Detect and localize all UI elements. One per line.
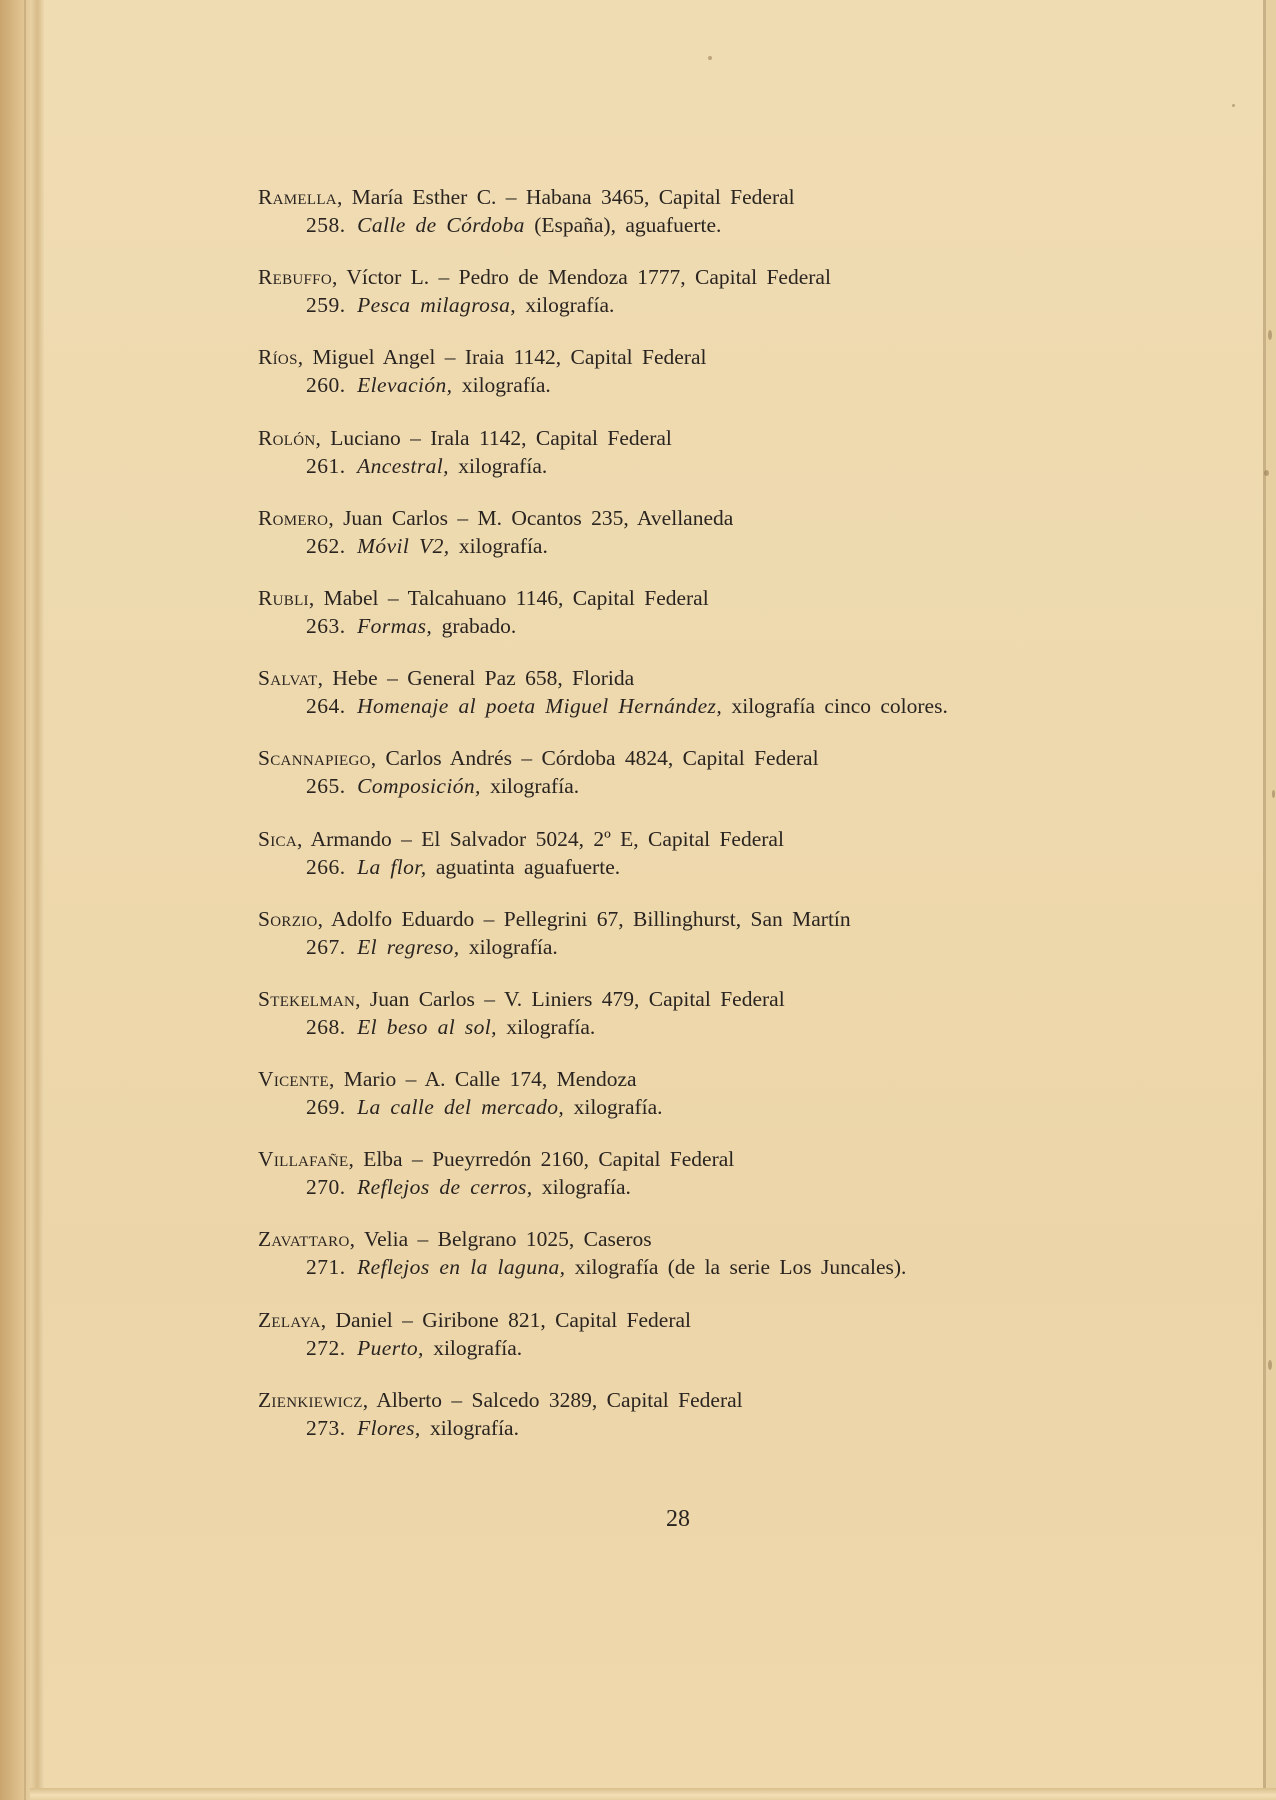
em-dash: –	[393, 1308, 423, 1332]
artist-line: Sica, Armando – El Salvador 5024, 2º E, …	[258, 826, 784, 852]
paper-speck	[708, 56, 712, 60]
artwork-line: 267.El regreso, xilografía.	[306, 934, 558, 960]
number-period: .	[340, 1175, 345, 1199]
artist-surname: Villafañe	[258, 1147, 348, 1171]
catalog-entry: Sica, Armando – El Salvador 5024, 2º E, …	[258, 818, 1118, 898]
em-dash: –	[448, 506, 478, 530]
artwork-title: Puerto,	[357, 1336, 424, 1360]
artist-surname: Rolón	[258, 426, 316, 450]
catalog-number: 270	[306, 1175, 340, 1199]
artwork-technique: xilografía.	[516, 293, 614, 317]
comma: ,	[363, 1388, 377, 1412]
comma: ,	[309, 586, 324, 610]
artist-address: Habana 3465, Capital Federal	[526, 185, 795, 209]
artwork-line: 261.Ancestral, xilografía.	[306, 453, 547, 479]
number-period: .	[340, 1095, 345, 1119]
paper-speck	[1232, 104, 1235, 107]
em-dash: –	[396, 1067, 424, 1091]
comma: ,	[332, 265, 346, 289]
comma: ,	[316, 426, 331, 450]
artist-line: Scannapiego, Carlos Andrés – Córdoba 482…	[258, 745, 819, 771]
number-period: .	[340, 614, 345, 638]
catalog-entry: Rolón, Luciano – Irala 1142, Capital Fed…	[258, 417, 1118, 497]
artwork-line: 272.Puerto, xilografía.	[306, 1335, 522, 1361]
artwork-technique: xilografía cinco colores.	[722, 694, 948, 718]
catalog-entry: Zienkiewicz, Alberto – Salcedo 3289, Cap…	[258, 1379, 1118, 1459]
artist-line: Zienkiewicz, Alberto – Salcedo 3289, Cap…	[258, 1387, 743, 1413]
catalog-entry: Vicente, Mario – A. Calle 174, Mendoza26…	[258, 1058, 1118, 1138]
catalog-number: 267	[306, 935, 340, 959]
artist-surname: Rebuffo	[258, 265, 332, 289]
artwork-line: 273.Flores, xilografía.	[306, 1415, 519, 1441]
artist-surname: Zavattaro	[258, 1227, 350, 1251]
artist-surname: Ríos	[258, 345, 298, 369]
artwork-title: Ancestral,	[357, 454, 449, 478]
em-dash: –	[435, 345, 465, 369]
artist-given-name: Víctor L.	[346, 265, 429, 289]
artwork-technique: xilografía.	[533, 1175, 631, 1199]
comma: ,	[355, 987, 370, 1011]
artist-address: A. Calle 174, Mendoza	[425, 1067, 637, 1091]
artist-address: Irala 1142, Capital Federal	[430, 426, 672, 450]
em-dash: –	[512, 746, 542, 770]
artwork-title: El beso al sol,	[357, 1015, 497, 1039]
page-right-edge	[1263, 0, 1266, 1800]
artwork-title: Formas,	[357, 614, 432, 638]
comma: ,	[318, 907, 332, 931]
paper-speck	[1264, 470, 1269, 476]
artist-given-name: Daniel	[335, 1308, 392, 1332]
paper-speck	[1268, 330, 1272, 340]
artist-given-name: Mabel	[324, 586, 379, 610]
catalog-number: 263	[306, 614, 340, 638]
comma: ,	[321, 1308, 336, 1332]
artist-line: Zelaya, Daniel – Giribone 821, Capital F…	[258, 1307, 691, 1333]
catalog-number: 268	[306, 1015, 340, 1039]
artist-address: General Paz 658, Florida	[407, 666, 634, 690]
artwork-line: 258.Calle de Córdoba (España), aguafuert…	[306, 212, 721, 238]
artwork-technique: xilografía.	[450, 534, 548, 558]
artwork-title: La calle del mercado,	[357, 1095, 564, 1119]
artist-line: Stekelman, Juan Carlos – V. Liniers 479,…	[258, 986, 785, 1012]
comma: ,	[329, 1067, 344, 1091]
comma: ,	[297, 827, 311, 851]
artist-address: Giribone 821, Capital Federal	[422, 1308, 691, 1332]
artwork-technique: xilografía.	[497, 1015, 595, 1039]
catalog-entry: Stekelman, Juan Carlos – V. Liniers 479,…	[258, 978, 1118, 1058]
catalog-number: 258	[306, 213, 340, 237]
catalog-entry: Rebuffo, Víctor L. – Pedro de Mendoza 17…	[258, 256, 1118, 336]
artist-line: Rubli, Mabel – Talcahuano 1146, Capital …	[258, 585, 709, 611]
artwork-title: Composición,	[357, 774, 481, 798]
number-period: .	[340, 1336, 345, 1360]
artwork-technique: xilografía (de la serie Los Juncales).	[565, 1255, 906, 1279]
catalog-number: 265	[306, 774, 340, 798]
artwork-technique: xilografía.	[564, 1095, 662, 1119]
em-dash: –	[403, 1147, 433, 1171]
artist-address: Pellegrini 67, Billinghurst, San Martín	[504, 907, 851, 931]
artwork-title: Reflejos en la laguna,	[357, 1255, 565, 1279]
artwork-technique: xilografía.	[452, 373, 550, 397]
artwork-title: Homenaje al poeta Miguel Hernández,	[357, 694, 722, 718]
artist-given-name: Juan Carlos	[343, 506, 448, 530]
number-period: .	[340, 373, 345, 397]
artist-address: Córdoba 4824, Capital Federal	[541, 746, 818, 770]
artwork-title: Móvil V2,	[357, 534, 449, 558]
catalog-number: 266	[306, 855, 340, 879]
artist-surname: Salvat	[258, 666, 318, 690]
artist-address: Pedro de Mendoza 1777, Capital Federal	[459, 265, 831, 289]
em-dash: –	[496, 185, 526, 209]
comma: ,	[371, 746, 386, 770]
artist-line: Rolón, Luciano – Irala 1142, Capital Fed…	[258, 425, 672, 451]
artwork-title: Calle de Córdoba	[357, 213, 525, 237]
artist-given-name: Hebe	[332, 666, 377, 690]
catalog-entry: Salvat, Hebe – General Paz 658, Florida2…	[258, 657, 1118, 737]
artist-surname: Rubli	[258, 586, 309, 610]
catalog-number: 264	[306, 694, 340, 718]
artist-address: Salcedo 3289, Capital Federal	[472, 1388, 743, 1412]
number-period: .	[340, 935, 345, 959]
artist-surname: Zelaya	[258, 1308, 321, 1332]
artwork-technique: xilografía.	[421, 1416, 519, 1440]
artwork-title: El regreso,	[357, 935, 459, 959]
em-dash: –	[442, 1388, 472, 1412]
catalog-entry: Rubli, Mabel – Talcahuano 1146, Capital …	[258, 577, 1118, 657]
comma: ,	[318, 666, 333, 690]
artist-line: Villafañe, Elba – Pueyrredón 2160, Capit…	[258, 1146, 734, 1172]
em-dash: –	[379, 586, 408, 610]
artist-given-name: María Esther C.	[352, 185, 497, 209]
artist-given-name: Juan Carlos	[370, 987, 475, 1011]
paper-speck	[1268, 1360, 1272, 1370]
artist-given-name: Velia	[364, 1227, 408, 1251]
artwork-technique: xilografía.	[459, 935, 557, 959]
artwork-technique: xilografía.	[424, 1336, 522, 1360]
artist-given-name: Elba	[363, 1147, 402, 1171]
artist-given-name: Miguel Angel	[312, 345, 435, 369]
catalog-entry: Ramella, María Esther C. – Habana 3465, …	[258, 176, 1118, 256]
artist-surname: Sorzio	[258, 907, 318, 931]
artist-address: Belgrano 1025, Caseros	[438, 1227, 652, 1251]
number-period: .	[340, 454, 345, 478]
artwork-line: 271.Reflejos en la laguna, xilografía (d…	[306, 1254, 906, 1280]
artist-line: Ramella, María Esther C. – Habana 3465, …	[258, 184, 795, 210]
em-dash: –	[475, 987, 504, 1011]
artist-line: Ríos, Miguel Angel – Iraia 1142, Capital…	[258, 344, 706, 370]
artist-address: V. Liniers 479, Capital Federal	[504, 987, 785, 1011]
artwork-line: 263.Formas, grabado.	[306, 613, 516, 639]
binding-fold-line	[24, 0, 26, 1800]
artist-surname: Ramella	[258, 185, 337, 209]
artist-given-name: Armando	[311, 827, 392, 851]
number-period: .	[340, 694, 345, 718]
em-dash: –	[401, 426, 431, 450]
number-period: .	[340, 534, 345, 558]
artwork-line: 262.Móvil V2, xilografía.	[306, 533, 548, 559]
artist-line: Vicente, Mario – A. Calle 174, Mendoza	[258, 1066, 637, 1092]
artwork-line: 269.La calle del mercado, xilografía.	[306, 1094, 663, 1120]
catalog-number: 269	[306, 1095, 340, 1119]
em-dash: –	[474, 907, 504, 931]
artist-line: Romero, Juan Carlos – M. Ocantos 235, Av…	[258, 505, 733, 531]
book-binding-edge	[0, 0, 44, 1800]
artwork-line: 259.Pesca milagrosa, xilografía.	[306, 292, 614, 318]
artwork-line: 268.El beso al sol, xilografía.	[306, 1014, 595, 1040]
page-number: 28	[666, 1506, 690, 1533]
artwork-line: 260.Elevación, xilografía.	[306, 372, 551, 398]
artwork-technique: aguatinta aguafuerte.	[426, 855, 620, 879]
artwork-title: Flores,	[357, 1416, 421, 1440]
artwork-technique: grabado.	[432, 614, 516, 638]
artist-line: Sorzio, Adolfo Eduardo – Pellegrini 67, …	[258, 906, 851, 932]
artist-line: Rebuffo, Víctor L. – Pedro de Mendoza 17…	[258, 264, 831, 290]
artwork-line: 266.La flor, aguatinta aguafuerte.	[306, 854, 620, 880]
catalog-entry: Scannapiego, Carlos Andrés – Córdoba 482…	[258, 737, 1118, 817]
page-bottom-edge	[30, 1788, 1276, 1800]
em-dash: –	[392, 827, 422, 851]
artist-line: Zavattaro, Velia – Belgrano 1025, Casero…	[258, 1226, 652, 1252]
artist-surname: Stekelman	[258, 987, 355, 1011]
artist-address: M. Ocantos 235, Avellaneda	[477, 506, 733, 530]
number-period: .	[340, 774, 345, 798]
artwork-line: 264.Homenaje al poeta Miguel Hernández, …	[306, 693, 948, 719]
catalog-entry: Zelaya, Daniel – Giribone 821, Capital F…	[258, 1299, 1118, 1379]
catalog-number: 259	[306, 293, 340, 317]
em-dash: –	[429, 265, 459, 289]
artist-surname: Scannapiego	[258, 746, 371, 770]
artist-line: Salvat, Hebe – General Paz 658, Florida	[258, 665, 634, 691]
artist-given-name: Carlos Andrés	[386, 746, 512, 770]
catalog-number: 262	[306, 534, 340, 558]
comma: ,	[298, 345, 313, 369]
number-period: .	[340, 1416, 345, 1440]
number-period: .	[340, 1255, 345, 1279]
artist-given-name: Luciano	[330, 426, 400, 450]
comma: ,	[337, 185, 352, 209]
number-period: .	[340, 213, 345, 237]
catalog-number: 272	[306, 1336, 340, 1360]
artist-address: Talcahuano 1146, Capital Federal	[408, 586, 709, 610]
artwork-technique: xilografía.	[449, 454, 547, 478]
artwork-line: 265.Composición, xilografía.	[306, 773, 579, 799]
comma: ,	[348, 1147, 363, 1171]
artist-address: Pueyrredón 2160, Capital Federal	[432, 1147, 734, 1171]
comma: ,	[350, 1227, 364, 1251]
artist-surname: Zienkiewicz	[258, 1388, 363, 1412]
em-dash: –	[378, 666, 408, 690]
artist-given-name: Adolfo Eduardo	[331, 907, 474, 931]
artwork-line: 270.Reflejos de cerros, xilografía.	[306, 1174, 631, 1200]
artist-given-name: Alberto	[376, 1388, 442, 1412]
catalog-entry: Sorzio, Adolfo Eduardo – Pellegrini 67, …	[258, 898, 1118, 978]
artist-surname: Romero	[258, 506, 328, 530]
catalog-number: 271	[306, 1255, 340, 1279]
catalog-number: 273	[306, 1416, 340, 1440]
catalog-number: 261	[306, 454, 340, 478]
comma: ,	[328, 506, 343, 530]
catalog-number: 260	[306, 373, 340, 397]
catalog-entry: Zavattaro, Velia – Belgrano 1025, Casero…	[258, 1218, 1118, 1298]
artwork-title: Pesca milagrosa,	[357, 293, 516, 317]
number-period: .	[340, 1015, 345, 1039]
em-dash: –	[408, 1227, 438, 1251]
artist-surname: Sica	[258, 827, 297, 851]
artwork-technique: xilografía.	[481, 774, 579, 798]
number-period: .	[340, 293, 345, 317]
artwork-title: Elevación,	[357, 373, 452, 397]
number-period: .	[340, 855, 345, 879]
artwork-title: Reflejos de cerros,	[357, 1175, 532, 1199]
catalog-entry: Villafañe, Elba – Pueyrredón 2160, Capit…	[258, 1138, 1118, 1218]
artist-given-name: Mario	[344, 1067, 397, 1091]
catalog-entry-list: Ramella, María Esther C. – Habana 3465, …	[258, 176, 1118, 1459]
artwork-title: La flor,	[357, 855, 426, 879]
catalog-entry: Romero, Juan Carlos – M. Ocantos 235, Av…	[258, 497, 1118, 577]
paper-speck	[1272, 790, 1275, 798]
catalog-entry: Ríos, Miguel Angel – Iraia 1142, Capital…	[258, 336, 1118, 416]
artist-address: El Salvador 5024, 2º E, Capital Federal	[421, 827, 784, 851]
artist-address: Iraia 1142, Capital Federal	[465, 345, 707, 369]
artist-surname: Vicente	[258, 1067, 329, 1091]
artwork-technique: (España), aguafuerte.	[525, 213, 722, 237]
